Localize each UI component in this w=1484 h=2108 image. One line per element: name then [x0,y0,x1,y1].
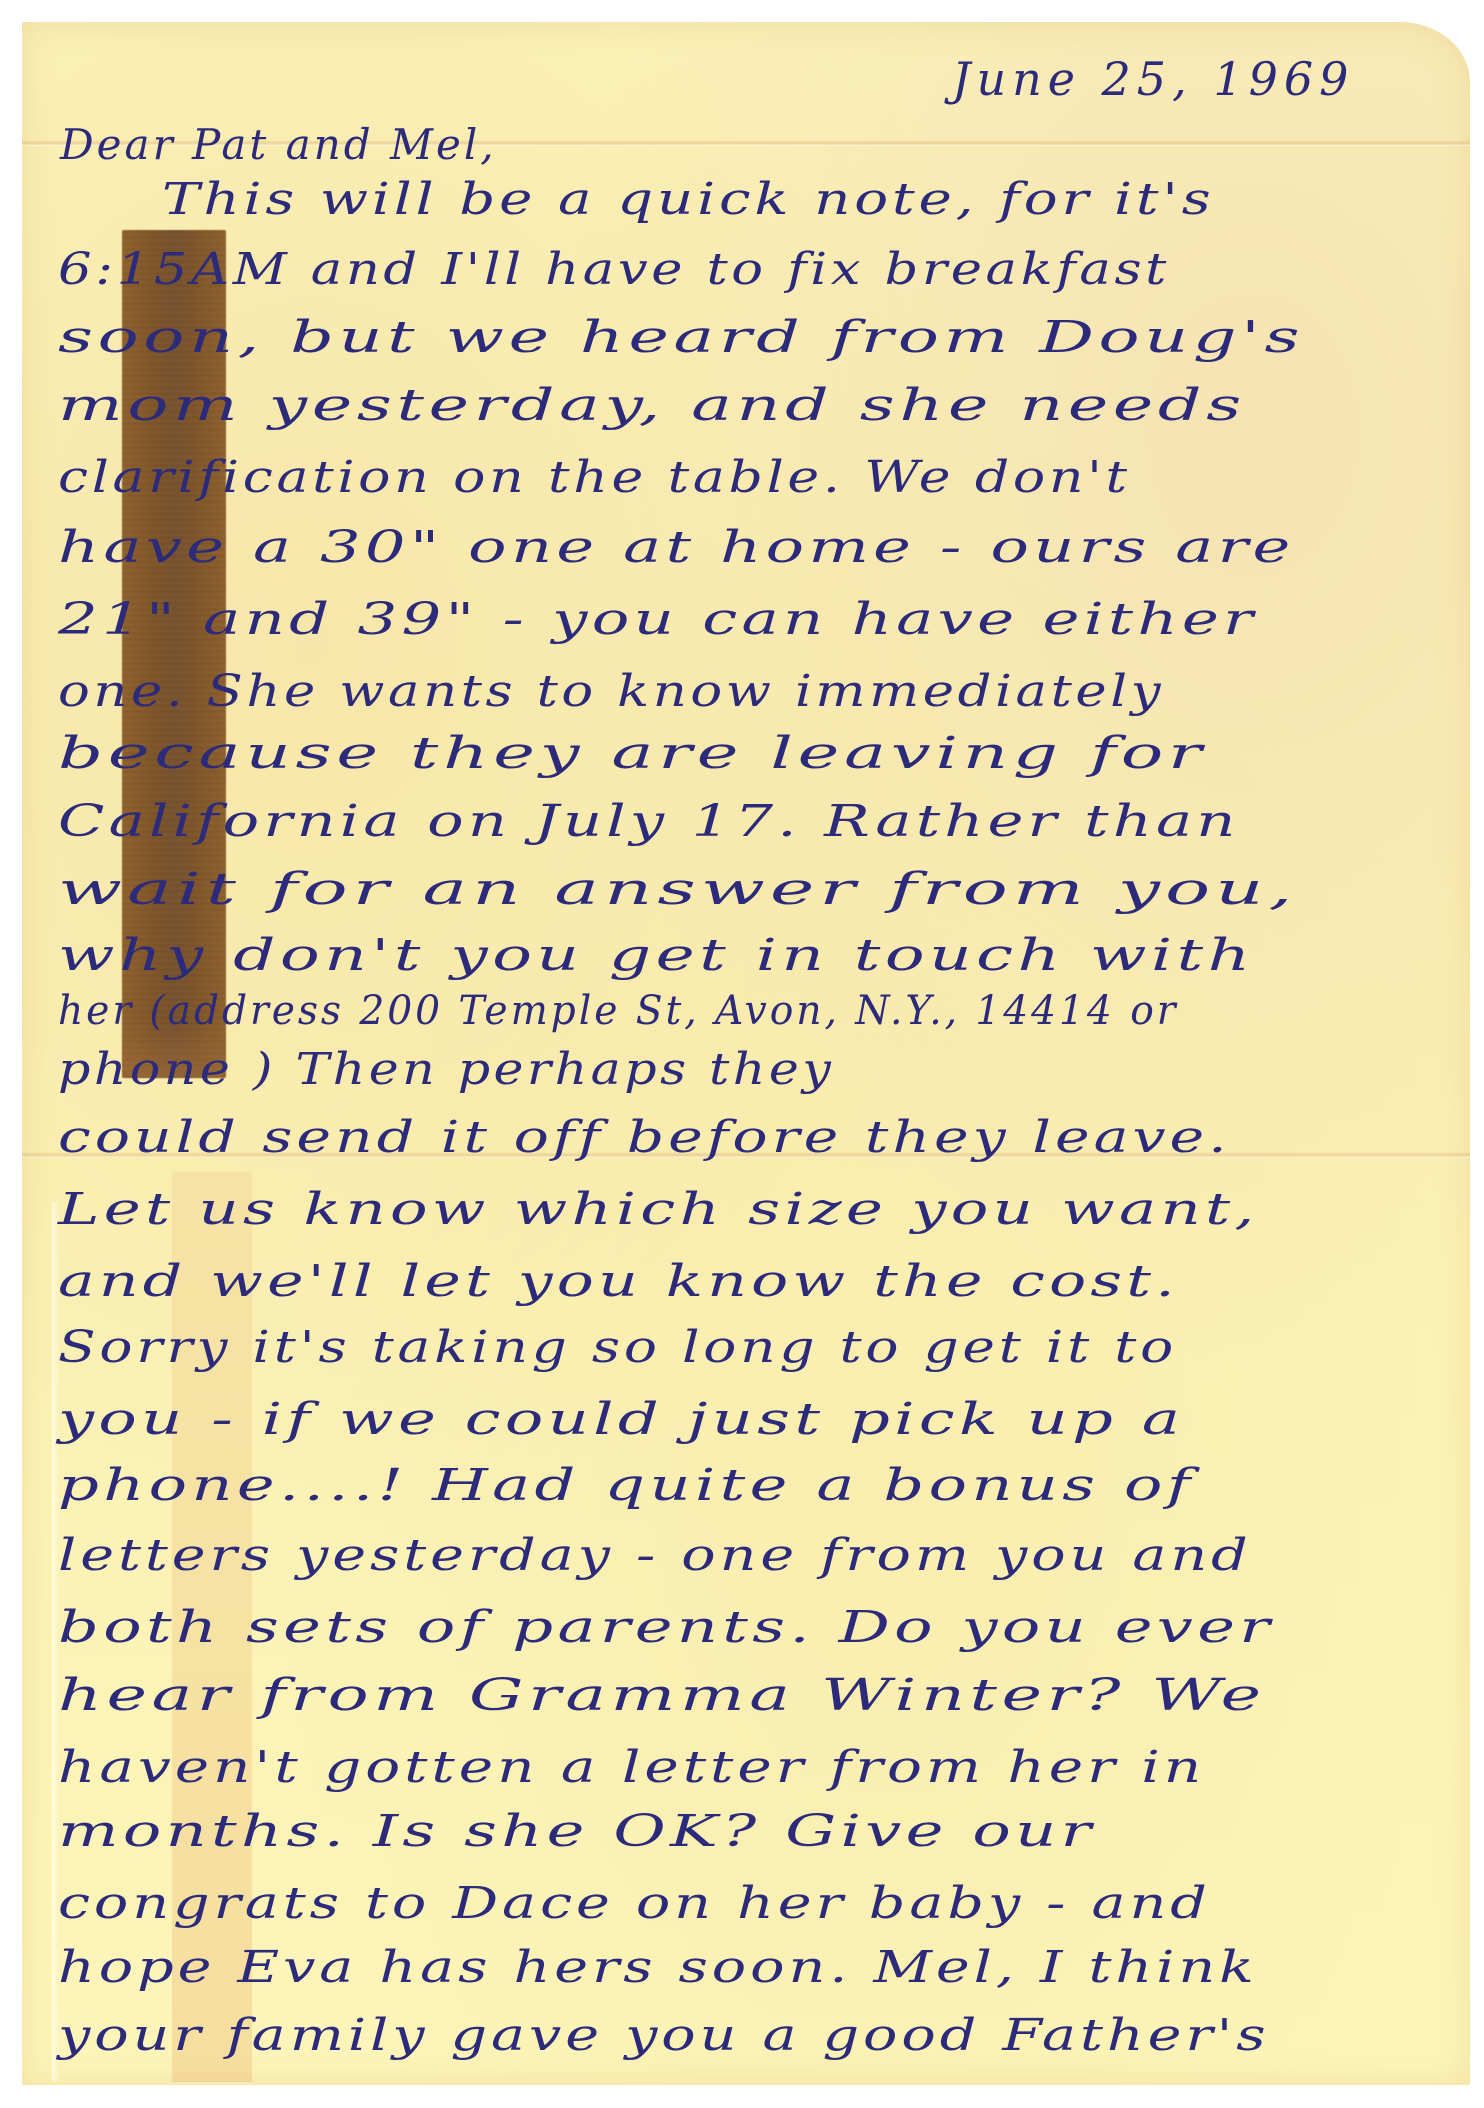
letter-date: June 25, 1969 [952,52,1354,106]
letter-line: clarification on the table. We don't [58,452,1131,503]
letter-line: congrats to Dace on her baby - and [58,1878,1211,1929]
letter-line: phone....! Had quite a bonus of [58,1460,1195,1511]
letter-line-address: her (address 200 Temple St, Avon, N.Y., … [58,988,1178,1034]
letter-line: both sets of parents. Do you ever [58,1602,1274,1653]
letter-paper: June 25, 1969 Dear Pat and Mel, This wil… [22,22,1470,2085]
letter-line: 21" and 39" - you can have either [58,594,1257,645]
letter-line: phone ) Then perhaps they [58,1044,834,1095]
letter-line: Sorry it's taking so long to get it to [58,1322,1177,1373]
letter-line: California on July 17. Rather than [58,796,1240,847]
letter-salutation: Dear Pat and Mel, [60,120,497,169]
letter-line: haven't gotten a letter from her in [58,1742,1205,1793]
letter-line: This will be a quick note, for it's [162,174,1214,225]
letter-line: Let us know which size you want, [58,1184,1259,1235]
letter-line: one. She wants to know immediately [58,666,1164,717]
letter-line: 6:15AM and I'll have to fix breakfast [58,244,1170,295]
letter-line: letters yesterday - one from you and [58,1530,1252,1581]
letter-line: have a 30" one at home - ours are [58,522,1295,573]
letter-line: why don't you get in touch with [58,930,1255,981]
letter-line: because they are leaving for [58,728,1206,779]
letter-line: your family gave you a good Father's [58,2010,1270,2061]
letter-line: months. Is she OK? Give our [58,1806,1095,1857]
letter-line: and we'll let you know the cost. [58,1256,1179,1307]
letter-line: you - if we could just pick up a [58,1394,1184,1445]
letter-line: soon, but we heard from Doug's [58,312,1304,363]
letter-line: could send it off before they leave. [58,1112,1231,1163]
letter-line: hope Eva has hers soon. Mel, I think [58,1942,1258,1993]
letter-line: hear from Gramma Winter? We [58,1670,1266,1721]
letter-line: mom yesterday, and she needs [58,380,1246,431]
letter-line: wait for an answer from you, [58,864,1297,915]
